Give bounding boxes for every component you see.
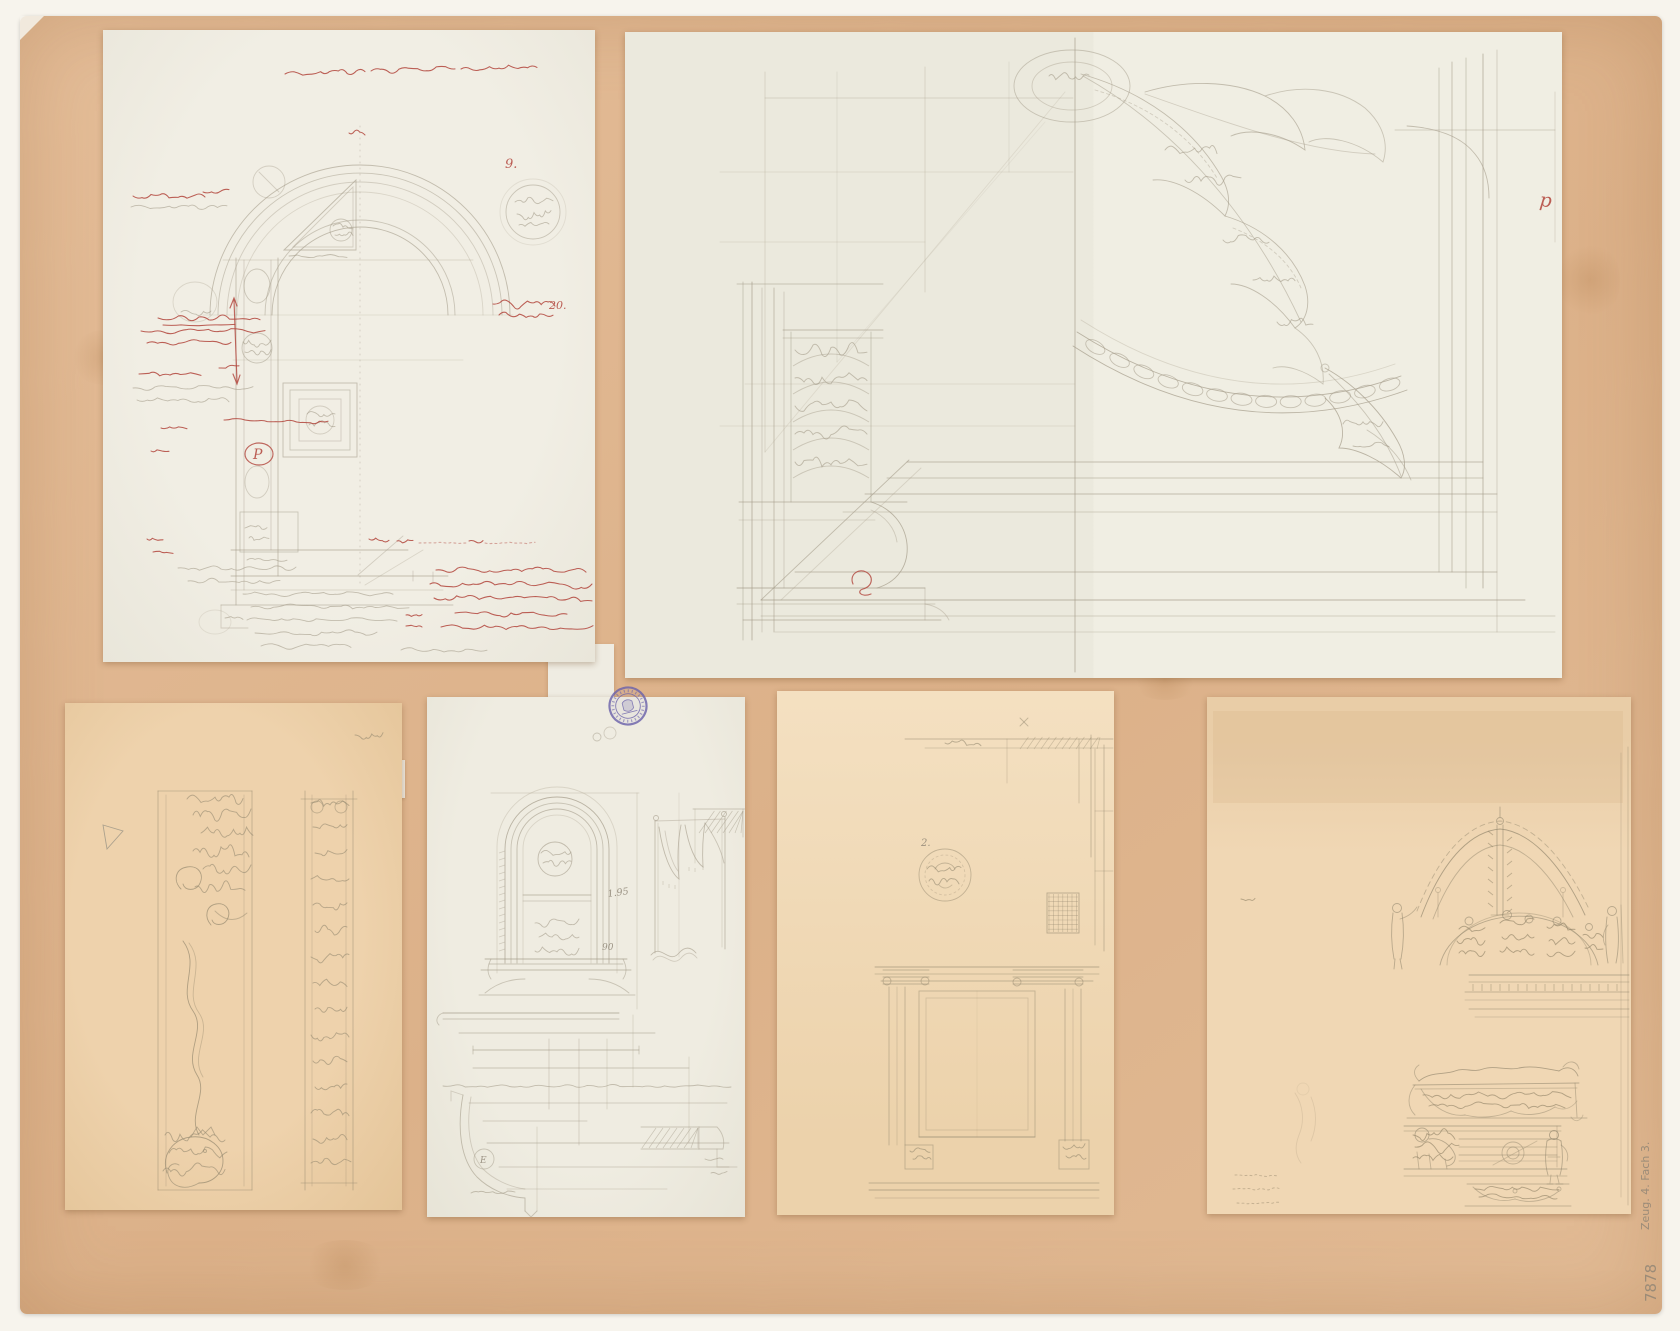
drawing-gothic-tomb: [1207, 697, 1631, 1214]
red-mark-9: 9.: [505, 157, 517, 172]
sheet-top-right: p: [625, 32, 1562, 678]
dimension-90: 90: [602, 943, 614, 953]
sheet-bottom-1: [65, 703, 402, 1210]
scanned-album-page: 9. 20. P: [0, 0, 1680, 1331]
sheet-bottom-3: 2.: [777, 691, 1114, 1215]
foxing-spot: [300, 1240, 390, 1290]
drawing-arched-portal: 9. 20. P: [103, 30, 595, 662]
mark-2: 2.: [920, 838, 931, 849]
pencil-handwriting: [131, 197, 553, 652]
red-ink-handwriting: [133, 65, 593, 629]
egg-and-dart-decor: [793, 337, 1402, 478]
foxing-spot: [1560, 240, 1620, 320]
hatching: [499, 811, 743, 1148]
pencil-detail-scribbles: [795, 73, 1389, 467]
drawing-candelabra-strips: [65, 703, 402, 1210]
drawing-acanthus-corner: p: [625, 32, 1562, 678]
board-corner-chip: [20, 16, 44, 40]
drawing-niche-sections: 1.95 90 E: [427, 697, 745, 1217]
red-letter-p: p: [1538, 189, 1552, 212]
dentils-crockets: [1473, 831, 1617, 991]
sheet-bottom-2: 1.95 90 E: [427, 697, 745, 1217]
red-letter-p-circled: P: [252, 447, 263, 463]
sheet-top-left: 9. 20. P: [103, 30, 595, 662]
dimension-1-95: 1.95: [607, 886, 629, 900]
drawing-door-surround: 2.: [777, 691, 1114, 1215]
sheet-bottom-4: [1207, 697, 1631, 1214]
circled-letter-e: E: [479, 1156, 487, 1166]
pencil-scribbles: [910, 740, 1086, 1159]
grille-hatching: [1020, 737, 1100, 932]
red-mark-20: 20.: [548, 299, 567, 312]
